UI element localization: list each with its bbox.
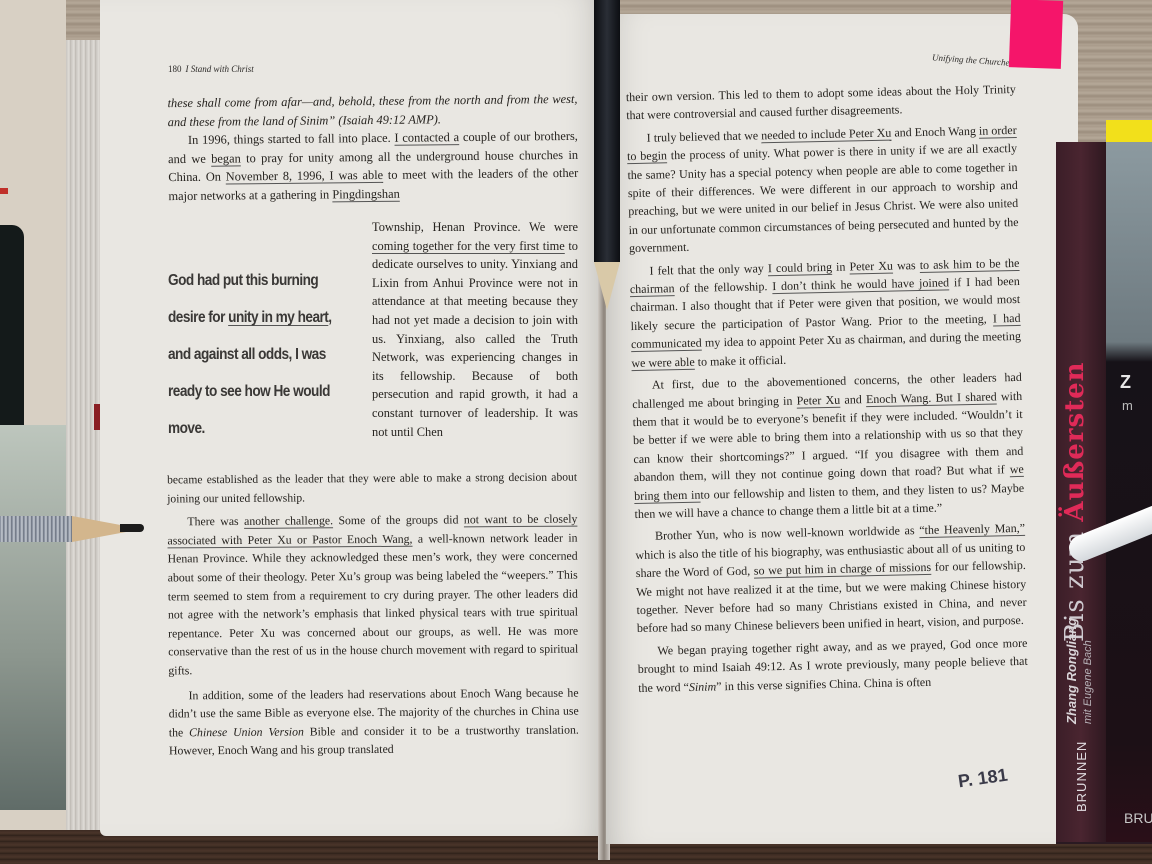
text-run: , and against all odds, I was ready to s… <box>168 309 332 437</box>
text-run: of the fellowship. <box>674 279 772 295</box>
text-run: Brother Yun, who is now well-known world… <box>655 523 920 543</box>
paragraph: Brother Yun, who is now well-known world… <box>635 519 1027 638</box>
text-run: a well-known network leader in Henan Pro… <box>168 530 579 677</box>
cover-text-fragment: Z <box>1120 372 1131 393</box>
chapter-title: I Stand with Christ <box>186 64 254 74</box>
book-spine: Bis zum Äußersten Zhang Rongliang mit Eu… <box>1056 142 1106 842</box>
underlined-text: so we put him in charge of missions <box>754 560 932 578</box>
underlined-text: November 8, 1996, I was able <box>226 168 384 184</box>
paragraph-continuation: their own version. This led to them to a… <box>626 80 1017 125</box>
left-page-top-text: these shall come from afar—and, behold, … <box>167 90 578 206</box>
cover-text-fragment: m <box>1122 398 1133 413</box>
underlined-text: we were able <box>631 354 695 369</box>
text-run: was <box>893 258 920 273</box>
underlined-text: unity in my heart <box>228 309 328 326</box>
underlined-text: Enoch Wang. But I shared <box>866 389 997 406</box>
wrapped-column: Township, Henan Province. We were coming… <box>372 218 578 441</box>
paragraph: There was another challenge. Some of the… <box>167 510 578 680</box>
page-number: 180 <box>168 64 182 74</box>
text-run: I truly believed that we <box>647 128 762 144</box>
text-run: There was <box>187 514 244 528</box>
scripture-quote: these shall come from afar—and, behold, … <box>167 90 577 131</box>
underlined-text: another challenge. <box>244 513 333 528</box>
text-run: the process of unity. What power is ther… <box>627 141 1018 255</box>
underlined-text: I could bring <box>768 260 832 275</box>
paragraph: We began praying together right away, an… <box>637 634 1028 697</box>
text-run: I felt that the only way <box>649 261 768 277</box>
text-run: to dedicate ourselves to unity. Yinxiang… <box>372 239 578 439</box>
underlined-text: began <box>211 151 241 165</box>
underlined-text: coming together for the very first time <box>372 239 565 253</box>
publisher-logo-text: BRUNNEN <box>1074 741 1089 812</box>
text-run: and <box>840 392 866 407</box>
text-run: and Enoch Wang <box>891 124 979 140</box>
left-other-book <box>0 0 66 830</box>
text-run: Some of the groups did <box>333 513 464 528</box>
left-page-bottom-text: became established as the leader that th… <box>167 469 579 761</box>
paragraph: In addition, some of the leaders had res… <box>168 683 579 760</box>
side-book: Bis zum Äußersten Zhang Rongliang mit Eu… <box>1056 142 1152 844</box>
chapter-title: Unifying the Churches <box>932 52 1014 68</box>
cover-figure-shirt <box>0 425 66 810</box>
underlined-text: I contacted a <box>394 130 459 145</box>
underlined-text: Peter Xu <box>797 392 841 407</box>
glitter-pencil <box>0 516 72 542</box>
cover-figure-hair <box>0 225 24 425</box>
underlined-text: Peter Xu <box>849 258 893 273</box>
spine-title-accent: Äußersten <box>1060 361 1090 521</box>
text-run: Township, Henan Province. We were <box>372 220 578 234</box>
underlined-text: “the Heavenly Man,” <box>919 521 1025 537</box>
cover-red-mark <box>0 188 8 194</box>
paragraph: At first, due to the abovementioned conc… <box>632 368 1025 523</box>
text-run: ” in this verse signifies China. China i… <box>716 674 931 692</box>
black-pencil <box>594 0 620 262</box>
right-page-text: their own version. This led to them to a… <box>626 80 1029 697</box>
book-cover <box>1106 142 1152 842</box>
paragraph: I truly believed that we needed to inclu… <box>627 121 1020 258</box>
text-run: my idea to appoint Peter Xu as chairman,… <box>702 329 1022 350</box>
cover-publisher-fragment: BRU <box>1124 810 1152 826</box>
spine-coauthor: mit Eugene Bach <box>1082 640 1094 724</box>
paragraph: In 1996, things started to fall into pla… <box>168 127 579 206</box>
paragraph-continuation: became established as the leader that th… <box>167 469 577 509</box>
italic-title: Chinese Union Version <box>189 724 304 739</box>
italic-word: Sinim <box>689 679 717 694</box>
paragraph: I felt that the only way I could bring i… <box>629 254 1021 373</box>
underlined-text: I don’t think he would have joined <box>772 275 949 293</box>
underlined-text: needed to include Peter Xu <box>761 125 891 142</box>
left-running-head: 180I Stand with Christ <box>168 64 254 74</box>
spine-author: Zhang Rongliang <box>1064 618 1079 724</box>
pencil-lead <box>120 524 144 532</box>
right-page: Unifying the Churches 181 their own vers… <box>606 14 1078 844</box>
text-run: in <box>832 259 850 273</box>
text-run: In 1996, things started to fall into pla… <box>188 131 395 147</box>
pull-quote: God had put this burning desire for unit… <box>168 262 344 447</box>
text-run: to make it official. <box>695 353 787 369</box>
underlined-text: Pingdingshan <box>332 187 400 202</box>
spine-title: Bis zum Äußersten <box>1060 361 1090 642</box>
black-pencil-tip <box>594 262 620 310</box>
pink-sticky-flag <box>1009 0 1063 69</box>
